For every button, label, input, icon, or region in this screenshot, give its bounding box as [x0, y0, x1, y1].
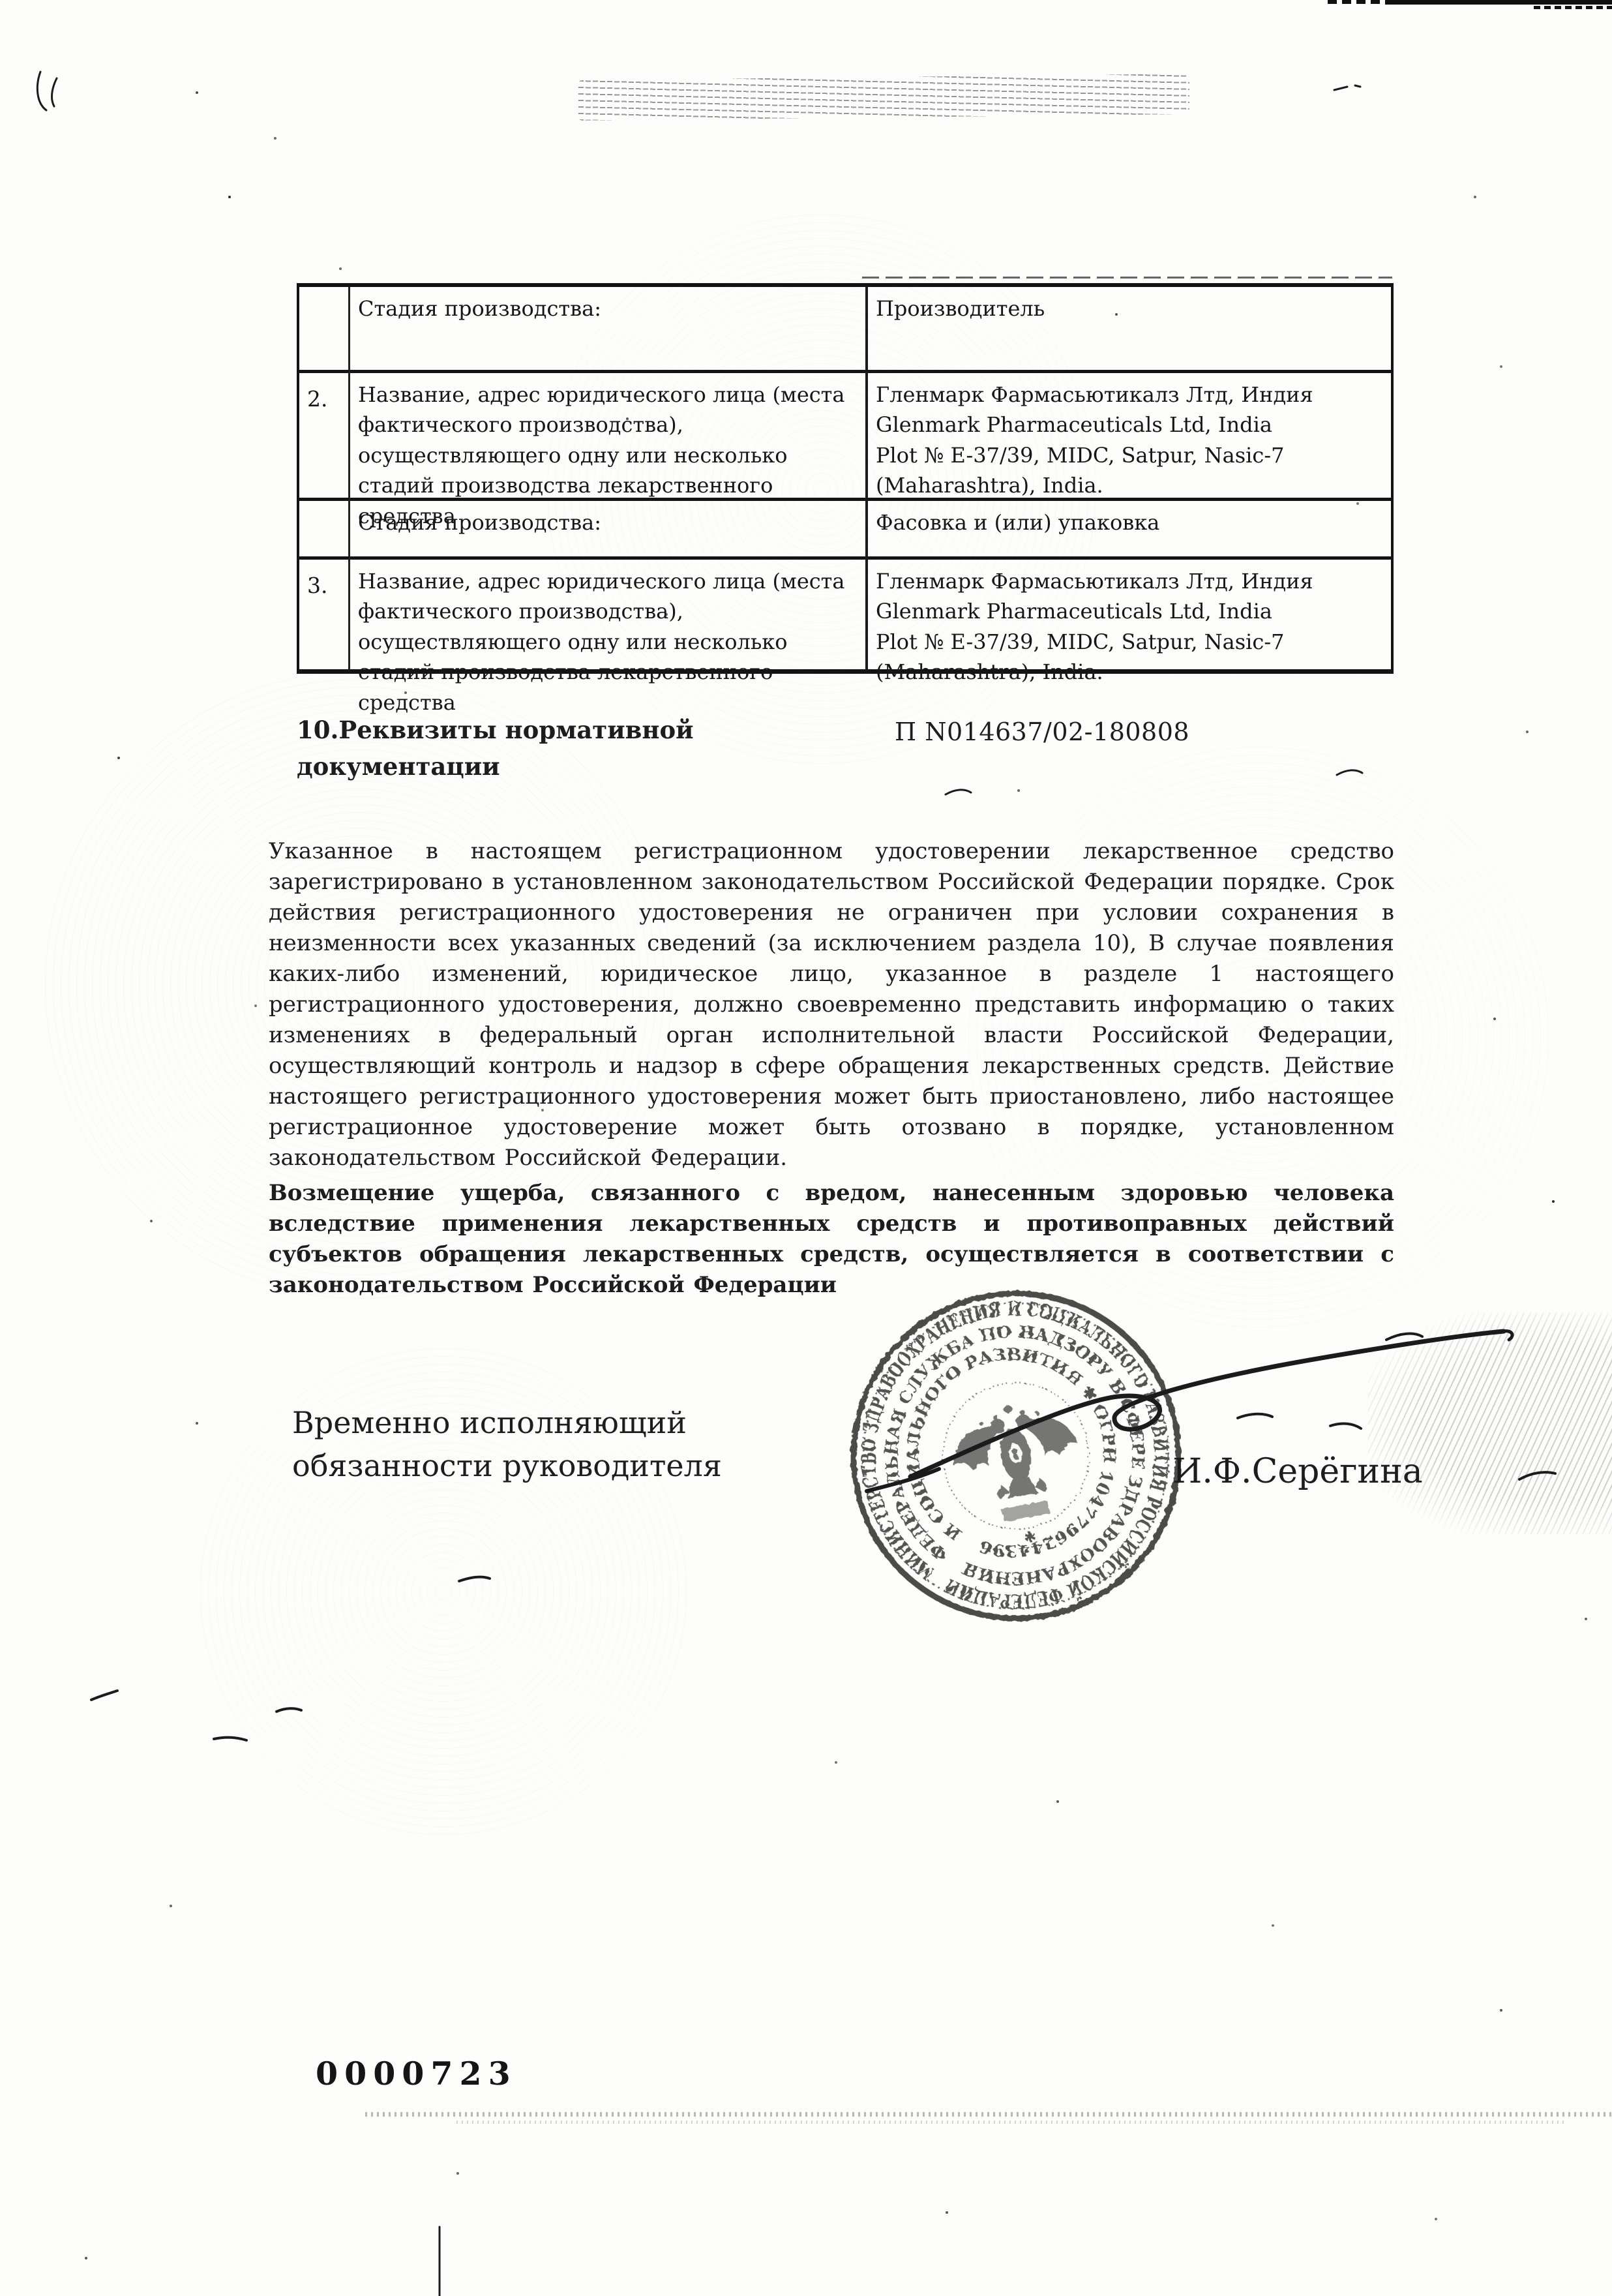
stray-mark — [946, 790, 971, 794]
stray-mark — [1337, 770, 1362, 775]
scan-specks — [0, 0, 3, 3]
stamp-center-mark: ✱ — [1023, 1529, 1037, 1547]
row-label: Стадия производства: — [350, 498, 865, 556]
manufacturing-table: Стадия производства: Производитель 2. На… — [297, 283, 1394, 674]
stray-mark — [214, 1738, 246, 1740]
official-stamp: МИНИСТЕРСТВО ЗДРАВООХРАНЕНИЯ И СОЦИАЛЬНО… — [840, 1280, 1192, 1632]
registration-number: П N014637/02-180808 — [895, 717, 1189, 746]
row-label: Стадия производства: — [350, 287, 865, 370]
scan-noise-band — [456, 2121, 1565, 2124]
row-value: Гленмарк Фармасьютикалз Лтд, Индия Glenm… — [865, 370, 1391, 498]
scanned-certificate-page: Стадия производства: Производитель 2. На… — [0, 0, 1612, 2296]
stamp-footer-block — [1002, 1501, 1050, 1522]
row-number: 2. — [299, 370, 350, 498]
stray-mark — [1355, 85, 1360, 87]
scan-hatch-texture — [1368, 1312, 1612, 1534]
stray-mark — [1238, 1414, 1272, 1418]
row-number: 3. — [299, 556, 350, 669]
legal-paragraph-2: Возмещение ущерба, связанного с вредом, … — [269, 1178, 1394, 1301]
stray-mark — [1334, 87, 1347, 90]
stray-mark — [276, 1708, 301, 1712]
section-10-heading: 10.Реквизиты нормативной документации — [297, 712, 714, 785]
legal-paragraph-1: Указанное в настоящем регистрационном уд… — [269, 836, 1394, 1173]
row-value: Гленмарк Фармасьютикалз Лтд, Индия Glenm… — [865, 556, 1391, 669]
scan-noise-band — [365, 2112, 1612, 2117]
scan-edge-strip — [1385, 0, 1612, 5]
row-number — [299, 498, 350, 556]
row-label: Название, адрес юридического лица (места… — [350, 556, 865, 669]
stray-mark — [37, 72, 46, 110]
row-value: Производитель — [865, 287, 1391, 370]
row-number — [299, 287, 350, 370]
row-label: Название, адрес юридического лица (места… — [350, 370, 865, 498]
table-top-dashes — [862, 277, 1392, 279]
stray-mark — [459, 1577, 490, 1581]
serial-number: 0000723 — [316, 2055, 517, 2092]
double-headed-eagle-icon — [945, 1394, 1086, 1507]
stray-mark — [52, 78, 57, 106]
signatory-role: Временно исполняющий обязанности руковод… — [292, 1401, 722, 1487]
stray-mark — [1330, 1424, 1361, 1428]
scan-edge-strip — [1534, 6, 1612, 9]
scan-edge-strip — [1328, 0, 1386, 4]
signatory-name: И.Ф.Серёгина — [1172, 1452, 1423, 1491]
row-value: Фасовка и (или) упаковка — [865, 498, 1391, 556]
stray-mark — [91, 1691, 117, 1700]
bleed-through-text-band — [576, 74, 1189, 121]
